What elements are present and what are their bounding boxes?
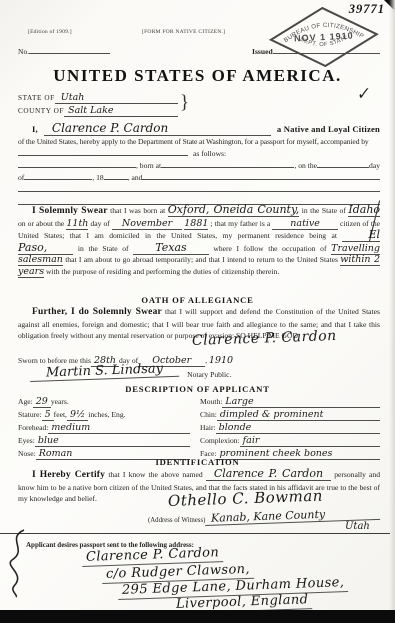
identification-heading: IDENTIFICATION bbox=[0, 457, 395, 467]
desc-forehead-row: Forehead: medium bbox=[18, 422, 190, 435]
oath-lead: I Solemnly Swear bbox=[32, 206, 108, 216]
state-of-label: STATE OF bbox=[18, 94, 55, 102]
blank-companion-name bbox=[18, 160, 136, 168]
blank-accompanied bbox=[18, 148, 188, 156]
description-heading: DESCRIPTION OF APPLICANT bbox=[0, 384, 395, 394]
handwritten-check-icon: ✓ bbox=[355, 83, 371, 105]
desc-stature-row: Stature: 5 feet, 9½ inches, Eng. bbox=[18, 409, 190, 422]
blank-row-1 bbox=[18, 184, 380, 192]
apply-body-line: of the United States, hereby apply to th… bbox=[18, 136, 380, 148]
blank-birthplace bbox=[161, 160, 294, 168]
edition-note: [Edition of 1909.] bbox=[28, 29, 72, 35]
issued-blank bbox=[273, 46, 380, 54]
notary-label: Notary Public. bbox=[179, 369, 231, 381]
no-label: No. bbox=[18, 46, 29, 58]
oath-abroad-text: that I am about to go abroad temporarily… bbox=[65, 255, 338, 264]
description-left-column: Age: 29 years. Stature: 5 feet, 9½ inche… bbox=[18, 396, 190, 461]
oath-occupation-label: where I follow the occupation of bbox=[213, 244, 326, 253]
desc-eyes-row: Eyes: blue bbox=[18, 435, 190, 448]
born-at-label: , born at bbox=[136, 160, 161, 172]
year-prefix: , 18 bbox=[92, 172, 103, 184]
scan-edge-shadow bbox=[389, 0, 395, 623]
chin-value: dimpled & prominent bbox=[217, 409, 380, 421]
oath-father-text: ; that my father is a bbox=[211, 219, 271, 228]
blank-day bbox=[317, 160, 369, 168]
as-follows-label: as follows: bbox=[188, 148, 231, 160]
hair-value: blonde bbox=[216, 422, 380, 434]
application-block: I, Clarence P. Cardon a Native and Loyal… bbox=[18, 121, 380, 209]
birth-year-value: 1881 bbox=[184, 218, 208, 230]
desc-chin-row: Chin: dimpled & prominent bbox=[200, 409, 380, 422]
stature-inches-value: 9½ bbox=[67, 409, 88, 421]
birth-state-value: Idaho bbox=[348, 203, 380, 217]
oath-born-text: that I was born at bbox=[110, 206, 165, 215]
witness-address-state: Utah bbox=[345, 521, 370, 532]
oath-purpose-text: with the purpose of residing and perform… bbox=[46, 267, 279, 276]
description-right-column: Mouth: Large Chin: dimpled & prominent H… bbox=[200, 396, 380, 461]
section-divider bbox=[0, 533, 390, 534]
application-number-line: No. bbox=[18, 46, 110, 58]
issued-line: Issued bbox=[252, 46, 380, 58]
blank-tail bbox=[142, 172, 380, 180]
stature-feet-value: 5 bbox=[42, 409, 54, 421]
age-value: 29 bbox=[33, 396, 51, 408]
venue-brace: } bbox=[180, 92, 189, 114]
desc-mouth-row: Mouth: Large bbox=[200, 396, 380, 409]
notary-line: Martin S. Lindsay Notary Public. bbox=[30, 366, 280, 382]
scan-bottom-edge bbox=[0, 610, 395, 623]
desc-hair-row: Hair: blonde bbox=[200, 422, 380, 435]
desc-age-row: Age: 29 years. bbox=[18, 396, 190, 409]
birth-day-value: 11th bbox=[66, 218, 88, 230]
certify-lead: I Hereby Certify bbox=[32, 470, 105, 480]
oath-state-of: in the State of bbox=[302, 206, 346, 215]
allegiance-lead: Further, I do Solemnly Swear bbox=[32, 307, 162, 317]
certify-body1: that I know the above named bbox=[108, 470, 202, 479]
residence-state-value: Texas bbox=[133, 241, 208, 255]
state-value: Utah bbox=[55, 92, 178, 104]
father-status-value: native bbox=[272, 218, 338, 230]
complexion-value: fair bbox=[240, 435, 380, 447]
i-lead: I, bbox=[32, 124, 38, 134]
forehead-value: medium bbox=[48, 422, 190, 434]
form-type-note: [FORM FOR NATIVE CITIZEN.] bbox=[142, 29, 225, 35]
sworn-year-value: 1910 bbox=[209, 355, 233, 366]
oath-on-or-about: on or about the bbox=[18, 219, 64, 228]
citizen-phrase: a Native and Loyal Citizen bbox=[277, 124, 380, 134]
document-title: UNITED STATES OF AMERICA. bbox=[0, 66, 395, 86]
desc-complexion-row: Complexion: fair bbox=[200, 435, 380, 448]
blank-month bbox=[24, 172, 92, 180]
oath-paragraph: I Solemnly Swear that I was born at Oxfo… bbox=[18, 204, 380, 277]
eyes-value: blue bbox=[35, 435, 190, 447]
oath-residence-state-label: in the State of bbox=[78, 244, 129, 253]
mouth-value: Large bbox=[222, 396, 380, 408]
on-the-label: , on the bbox=[294, 160, 317, 172]
venue-block: STATE OF Utah COUNTY OF Salt Lake bbox=[18, 92, 178, 118]
county-of-label: COUNTY OF bbox=[18, 107, 64, 115]
issued-label: Issued bbox=[252, 46, 273, 58]
county-value: Salt Lake bbox=[64, 105, 178, 117]
oath-day-of: day of bbox=[90, 219, 109, 228]
birth-month-value: November bbox=[112, 218, 182, 230]
day-label: day bbox=[369, 160, 380, 172]
birthplace-value: Oxford, Oneida County, bbox=[168, 203, 300, 217]
no-blank bbox=[29, 46, 110, 54]
bureau-date-stamp: BUREAU OF CITIZENSHIP NOV 1 1910 DEPT. O… bbox=[266, 3, 381, 76]
applicant-name: Clarence P. Cardon bbox=[44, 121, 271, 136]
blank-year bbox=[104, 172, 128, 180]
passport-application-document: 39771 BUREAU OF CITIZENSHIP NOV 1 1910 D… bbox=[0, 0, 395, 623]
witness-address-label: (Address of Witness) bbox=[148, 515, 205, 527]
and-label: , and bbox=[128, 172, 143, 184]
oath-of-allegiance-heading: OATH OF ALLEGIANCE bbox=[0, 295, 395, 305]
certify-named-value: Clarence P. Cardon bbox=[206, 467, 331, 481]
